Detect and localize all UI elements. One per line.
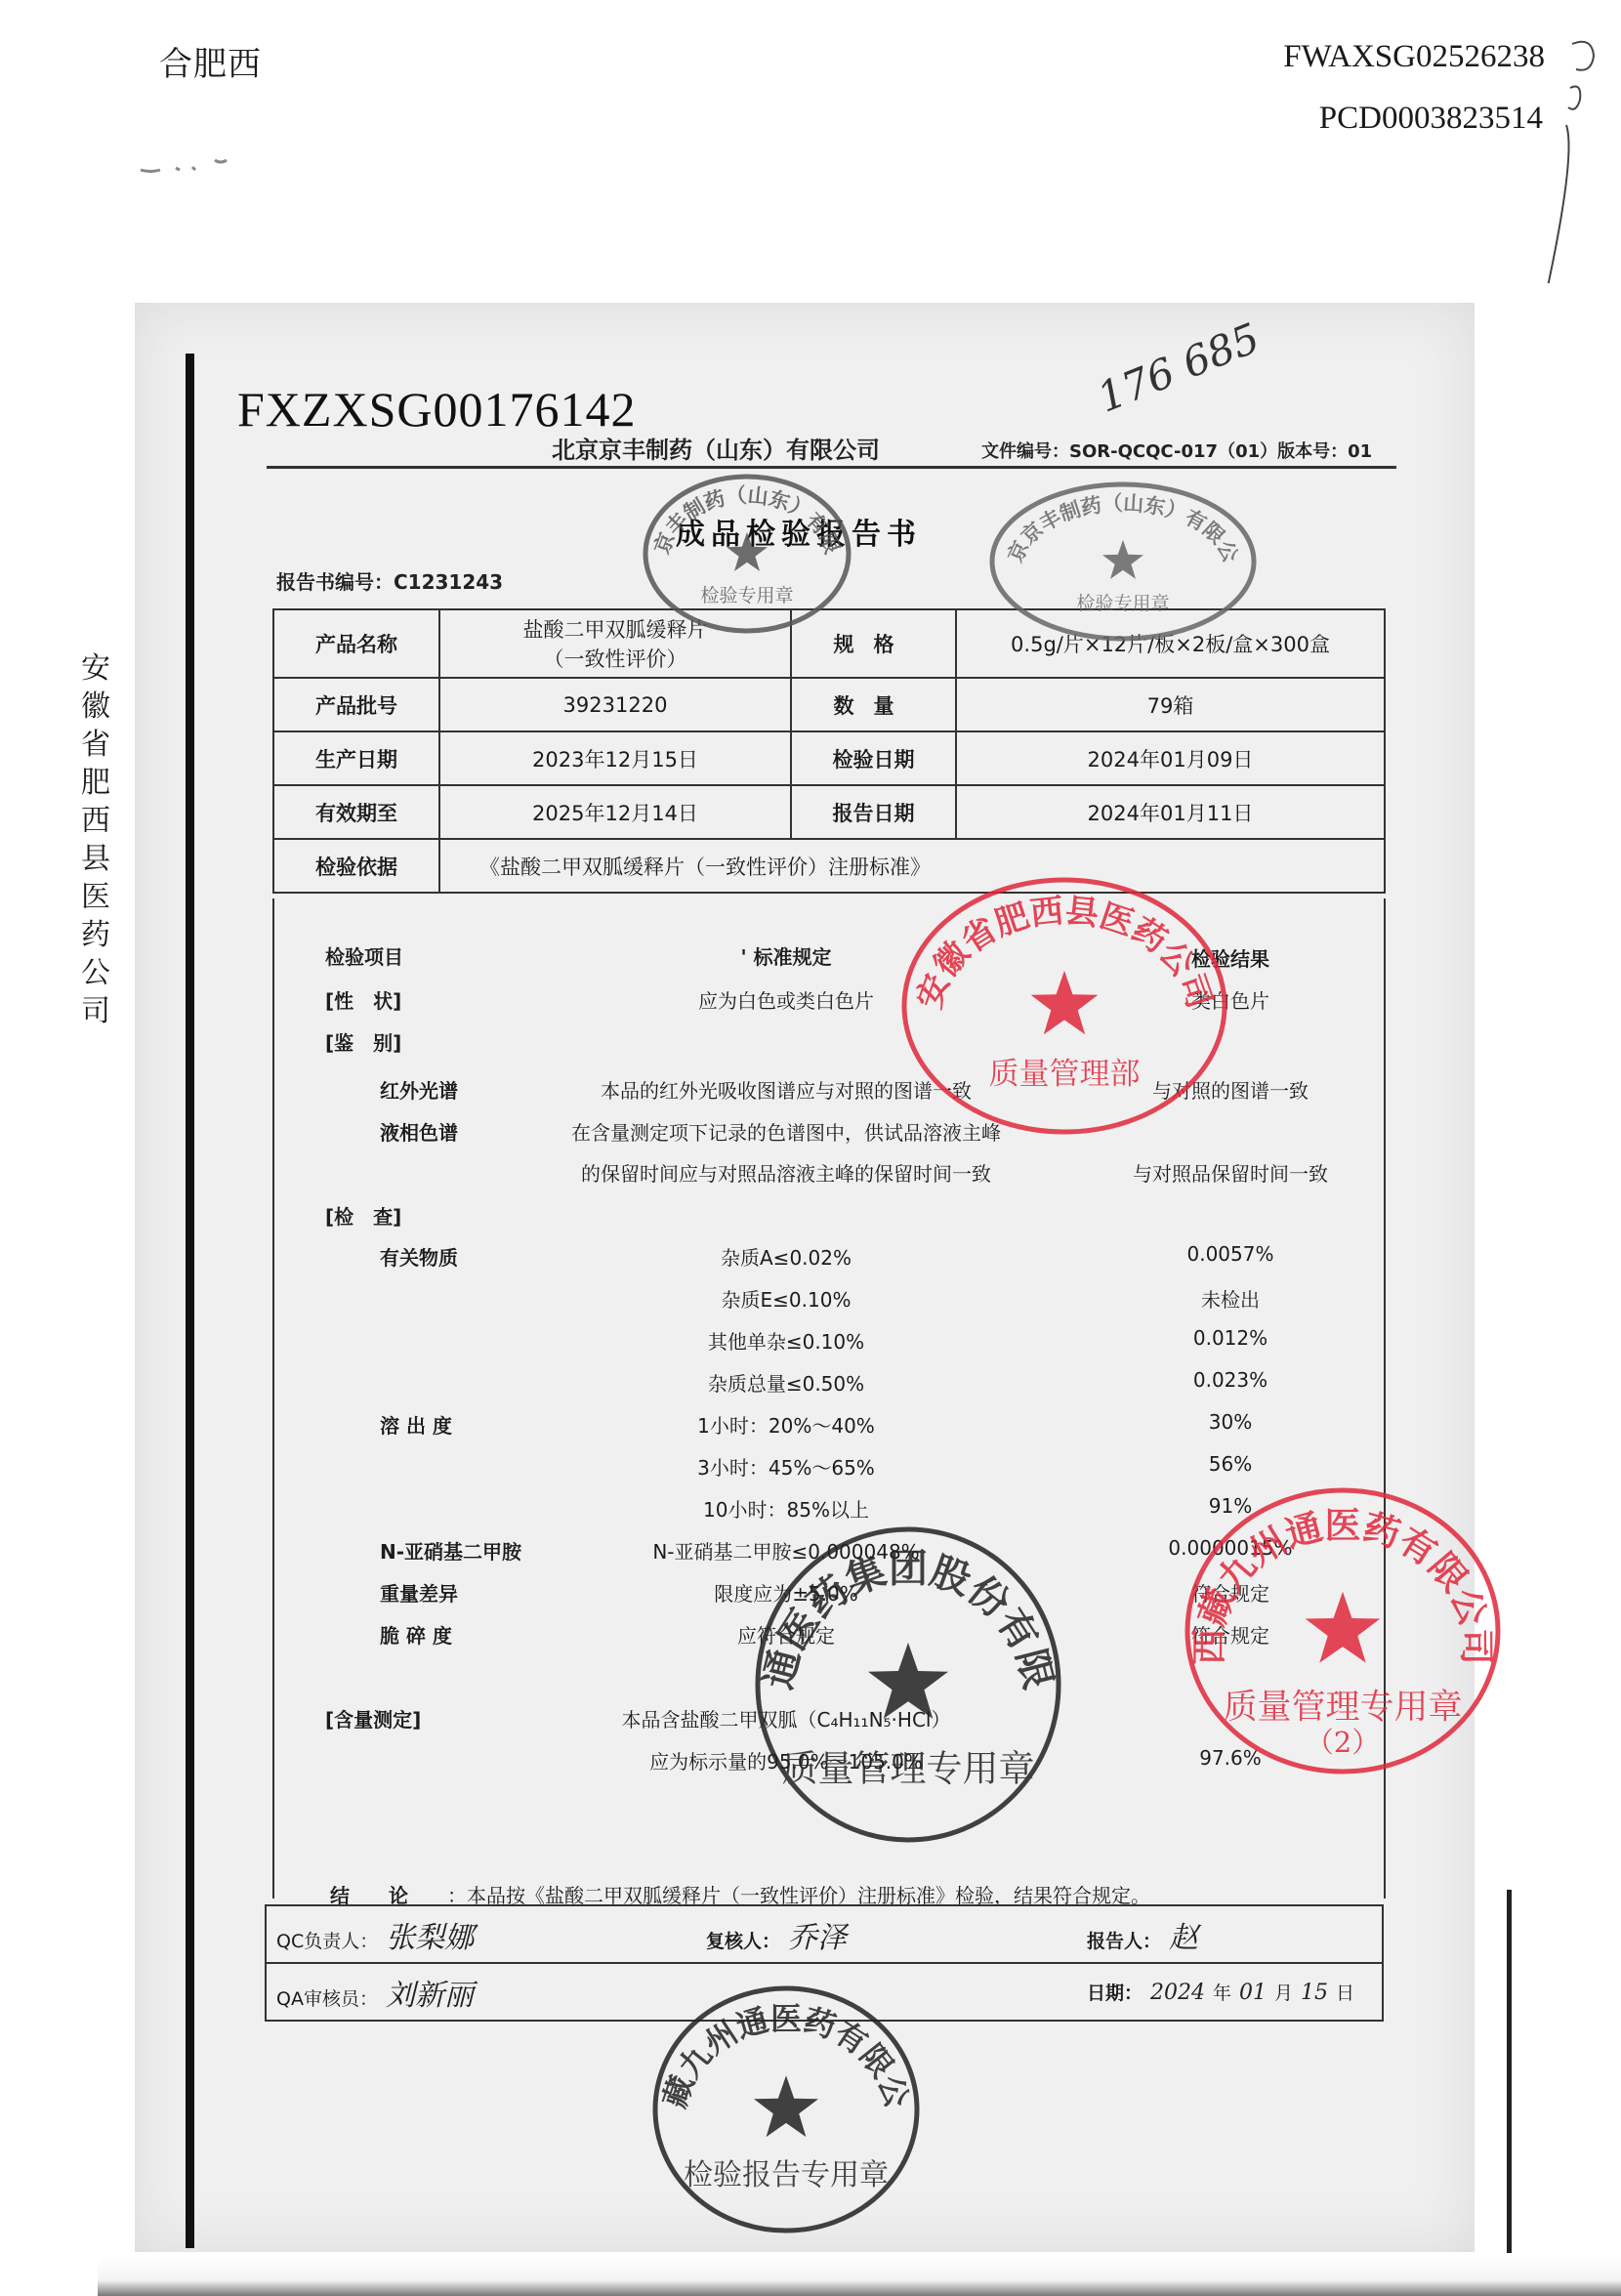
reporter-signature: 赵	[1169, 1921, 1198, 1955]
svg-text:检验专用章: 检验专用章	[1076, 593, 1169, 614]
date-day: 15	[1301, 1981, 1328, 2005]
product-name-line2: （一致性评价）	[446, 644, 784, 673]
test-item: [含量测定]	[325, 1704, 421, 1732]
qc-label: QC负责人：	[276, 1931, 378, 1952]
scan-edge-left	[186, 354, 194, 2248]
test-standard: 的保留时间应与对照品溶液主峰的保留时间一致	[552, 1158, 1020, 1187]
scan-edge-right	[1507, 1890, 1512, 2253]
svg-text:质量管理部: 质量管理部	[989, 1057, 1141, 1092]
test-result: 56%	[1103, 1452, 1357, 1476]
test-standard: 杂质E≤0.10%	[552, 1284, 1020, 1313]
reviewer-label: 复核人：	[706, 1931, 780, 1952]
table-row: 产品批号 39231220 数量 79箱	[273, 678, 1385, 731]
report-number: 报告书编号：C1231243	[276, 566, 503, 595]
test-result: 0.023%	[1103, 1368, 1357, 1392]
test-standard: 3小时：45%～65%	[552, 1452, 1020, 1481]
qa-signature: 刘新丽	[386, 1979, 474, 2013]
batch-value: 39231220	[439, 678, 791, 731]
quantity-value: 79箱	[956, 678, 1385, 731]
file-number: 文件编号：SOR-QCQC-017（01）版本号：01	[981, 438, 1372, 463]
reporter-label: 报告人：	[1087, 1931, 1161, 1952]
inspection-seal-top: 北京京丰制药（山东）有限公司检验专用章	[640, 471, 854, 637]
product-info-table: 产品名称 盐酸二甲双胍缓释片 （一致性评价） 规格 0.5g/片×12片/板×2…	[272, 608, 1386, 894]
test-subitem: 脆 碎 度	[380, 1620, 452, 1649]
svg-text:检验报告专用章: 检验报告专用章	[684, 2158, 889, 2192]
company-name: 北京京丰制药（山东）有限公司	[552, 431, 880, 465]
test-subitem: 红外光谱	[380, 1075, 458, 1104]
test-result: 0.012%	[1103, 1326, 1357, 1350]
test-result: 30%	[1103, 1410, 1357, 1434]
quantity-label: 数量	[791, 678, 956, 731]
svg-text:北京京丰制药（山东）有限公司: 北京京丰制药（山东）有限公司	[640, 471, 844, 557]
black-quality-seal: 九州通医药集团股份有限公司质量管理专用章	[752, 1524, 1064, 1846]
mfg-date-value: 2023年12月15日	[439, 731, 791, 785]
pen-mark-icon	[1523, 29, 1621, 283]
reviewer-signature: 乔泽	[788, 1921, 847, 1955]
tracking-code-2: PCD0003823514	[1319, 101, 1543, 137]
test-standard: 杂质A≤0.02%	[552, 1242, 1020, 1271]
table-row: 生产日期 2023年12月15日 检验日期 2024年01月09日	[273, 731, 1385, 785]
mfg-date-label: 生产日期	[273, 731, 439, 785]
expiry-label: 有效期至	[273, 785, 439, 839]
test-subitem: N-亚硝基二甲胺	[380, 1536, 521, 1565]
header-item: 检验项目	[325, 941, 403, 970]
red-quality-seal: 西藏九州通医药有限公司质量管理专用章（2）	[1182, 1484, 1504, 1777]
qc-signature: 张梨娜	[386, 1921, 474, 1955]
basis-label: 检验依据	[273, 839, 439, 893]
test-subitem: 有关物质	[380, 1242, 458, 1271]
test-standard: 其他单杂≤0.10%	[552, 1326, 1020, 1355]
date-month: 01	[1239, 1981, 1267, 2005]
vertical-org-name: 安徽省肥西县医药公司	[76, 649, 115, 1030]
test-date-label: 检验日期	[791, 731, 956, 785]
star-icon	[868, 1643, 948, 1719]
star-icon	[1102, 540, 1143, 579]
test-item: [鉴 别]	[325, 1027, 401, 1056]
red-oval-seal: 安徽省肥西县医药公司质量管理部	[898, 874, 1230, 1138]
test-subitem: 溶 出 度	[380, 1410, 452, 1439]
scan-edge-bottom	[98, 2256, 1621, 2296]
test-item: [性 状]	[325, 985, 401, 1014]
inspection-seal-top-right: 北京京丰制药（山东）有限公司检验专用章	[986, 479, 1260, 645]
table-row: 有效期至 2025年12月14日 报告日期 2024年01月11日	[273, 785, 1385, 839]
expiry-value: 2025年12月14日	[439, 785, 791, 839]
date-label: 日期：	[1087, 1983, 1143, 2004]
star-icon	[727, 532, 768, 571]
table-row: QC负责人：张梨娜 复核人：乔泽 报告人：赵	[266, 1905, 1383, 1963]
test-result: 与对照品保留时间一致	[1103, 1158, 1357, 1187]
test-date-value: 2024年01月09日	[956, 731, 1385, 785]
test-subitem: 重量差异	[380, 1578, 458, 1607]
report-date-value: 2024年01月11日	[956, 785, 1385, 839]
svg-text:检验专用章: 检验专用章	[700, 585, 793, 606]
test-result: 0.0057%	[1103, 1242, 1357, 1266]
document-id: FXZXSG00176142	[237, 381, 636, 438]
star-icon	[1031, 971, 1099, 1034]
header-divider	[267, 466, 1396, 469]
date-year: 2024	[1150, 1981, 1205, 2005]
smudge-mark	[139, 154, 241, 176]
report-date-label: 报告日期	[791, 785, 956, 839]
date-month-unit: 月	[1274, 1983, 1293, 2004]
star-icon	[754, 2075, 818, 2137]
svg-text:北京京丰制药（山东）有限公司: 北京京丰制药（山东）有限公司	[986, 479, 1242, 565]
test-result: 未检出	[1103, 1284, 1357, 1313]
svg-text:质量管理专用章: 质量管理专用章	[1223, 1688, 1462, 1727]
svg-text:（2）: （2）	[1306, 1726, 1380, 1759]
date-day-unit: 日	[1336, 1983, 1354, 2004]
location-label: 合肥西	[159, 37, 262, 85]
test-standard: 10小时：85%以上	[552, 1494, 1020, 1523]
product-name-label: 产品名称	[273, 609, 439, 678]
black-report-seal: 西藏九州通医药有限公司检验报告专用章	[649, 1983, 923, 2236]
test-subitem: 液相色谱	[380, 1117, 458, 1146]
star-icon	[1306, 1592, 1381, 1663]
svg-text:质量管理专用章: 质量管理专用章	[782, 1748, 1035, 1790]
test-standard: 杂质总量≤0.50%	[552, 1368, 1020, 1397]
tracking-code-1: FWAXSG02526238	[1283, 39, 1545, 75]
test-item: [检 查]	[325, 1201, 401, 1230]
qa-label: QA审核员：	[276, 1988, 378, 2010]
test-standard: 1小时：20%～40%	[552, 1410, 1020, 1439]
date-year-unit: 年	[1213, 1983, 1231, 2004]
batch-label: 产品批号	[273, 678, 439, 731]
